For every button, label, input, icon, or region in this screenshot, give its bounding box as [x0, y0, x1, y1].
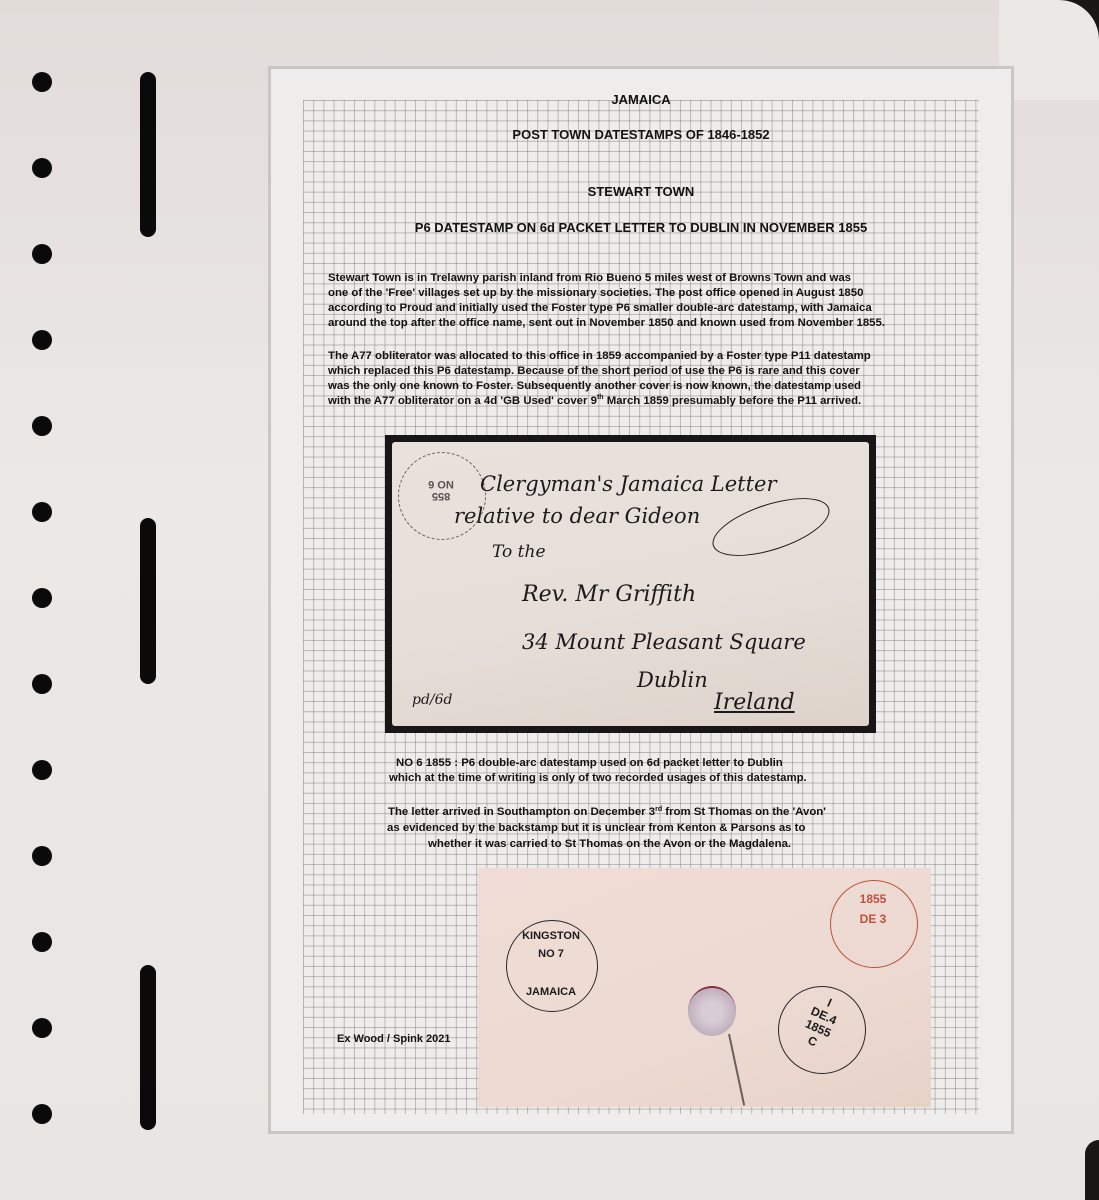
binder-slot — [140, 965, 156, 1130]
stamp-year: 1855 — [830, 892, 916, 906]
text-line: one of the 'Free' villages set up by the… — [328, 286, 968, 301]
binder-hole — [32, 158, 52, 178]
binder-hole — [32, 1018, 52, 1038]
binder-slot — [140, 518, 156, 684]
text-line: which replaced this P6 datestamp. Becaus… — [328, 364, 968, 379]
binder-hole — [32, 330, 52, 350]
text-line: The A77 obliterator was allocated to thi… — [328, 349, 968, 364]
provenance-credit: Ex Wood / Spink 2021 — [337, 1033, 451, 1045]
datestamp-year: 855 — [408, 490, 474, 502]
text-line: was the only one known to Foster. Subseq… — [328, 379, 968, 394]
datestamp-date: 855 NO 6 — [408, 478, 474, 502]
text-line: with the A77 obliterator on a 4d 'GB Use… — [328, 394, 968, 409]
manuscript-line: To the — [492, 542, 546, 562]
kingston-stamp-text: KINGSTON NO 7 JAMAICA — [506, 930, 596, 998]
wax-seal — [688, 986, 736, 1036]
album-page: JAMAICA POST TOWN DATESTAMPS OF 1846-185… — [0, 0, 1099, 1200]
binder-hole — [32, 674, 52, 694]
manuscript-loop — [706, 486, 836, 567]
manuscript-line: Clergyman's Jamaica Letter — [480, 472, 777, 496]
binder-hole — [32, 72, 52, 92]
binder-hole — [32, 1104, 52, 1124]
caption-line: NO 6 1855 : P6 double-arc datestamp used… — [396, 757, 783, 769]
text-segment: The letter arrived in Southampton on Dec… — [388, 806, 655, 818]
intro-paragraph-1: Stewart Town is in Trelawny parish inlan… — [328, 271, 968, 331]
intro-paragraph-2: The A77 obliterator was allocated to thi… — [328, 349, 968, 409]
caption-line: whether it was carried to St Thomas on t… — [428, 838, 791, 850]
text-segment: from St Thomas on the 'Avon' — [662, 806, 826, 818]
text-line: around the top after the office name, se… — [328, 316, 968, 331]
binder-hole — [32, 760, 52, 780]
manuscript-line: Ireland — [714, 690, 795, 715]
section-title: STEWART TOWN — [303, 184, 979, 199]
binder-hole — [32, 502, 52, 522]
superscript: th — [597, 394, 604, 401]
binder-hole — [32, 846, 52, 866]
stamp-date: NO 7 — [506, 948, 596, 960]
front-cover-envelope: 855 NO 6 Clergyman's Jamaica Letter rela… — [392, 442, 869, 726]
binder-hole — [32, 416, 52, 436]
manuscript-line: relative to dear Gideon — [454, 504, 700, 528]
binder-hole — [32, 588, 52, 608]
stamp-town: KINGSTON — [506, 930, 596, 942]
caption-line: as evidenced by the backstamp but it is … — [387, 822, 805, 834]
binder-hole — [32, 244, 52, 264]
text-line: according to Proud and initially used th… — [328, 301, 968, 316]
stamp-date: DE 3 — [830, 912, 916, 926]
manuscript-line: Dublin — [637, 668, 708, 692]
text-line: Stewart Town is in Trelawny parish inlan… — [328, 271, 968, 286]
section-heading: P6 DATESTAMP ON 6d PACKET LETTER TO DUBL… — [303, 220, 979, 235]
page-title: JAMAICA — [303, 92, 979, 107]
manuscript-line: Rev. Mr Griffith — [522, 582, 696, 607]
binder-hole — [32, 932, 52, 952]
rate-mark: pd/6d — [412, 692, 453, 708]
datestamp-day: NO 6 — [408, 478, 474, 490]
page-corner — [1059, 0, 1099, 40]
page-subtitle: POST TOWN DATESTAMPS OF 1846-1852 — [303, 127, 979, 142]
binder-slot — [140, 72, 156, 237]
text-segment: March 1859 presumably before the P11 arr… — [604, 395, 862, 407]
page-corner — [1085, 1140, 1099, 1200]
southampton-stamp-text: 1855 DE 3 — [830, 892, 916, 926]
back-cover-envelope: KINGSTON NO 7 JAMAICA 1855 DE 3 I DE.4 1… — [478, 868, 931, 1107]
stamp-country: JAMAICA — [506, 986, 596, 998]
manuscript-line: 34 Mount Pleasant Square — [522, 630, 806, 654]
envelope-flap-line — [728, 1034, 745, 1106]
caption-line: The letter arrived in Southampton on Dec… — [388, 806, 826, 818]
caption-line: which at the time of writing is only of … — [389, 772, 807, 784]
text-segment: with the A77 obliterator on a 4d 'GB Use… — [328, 395, 597, 407]
